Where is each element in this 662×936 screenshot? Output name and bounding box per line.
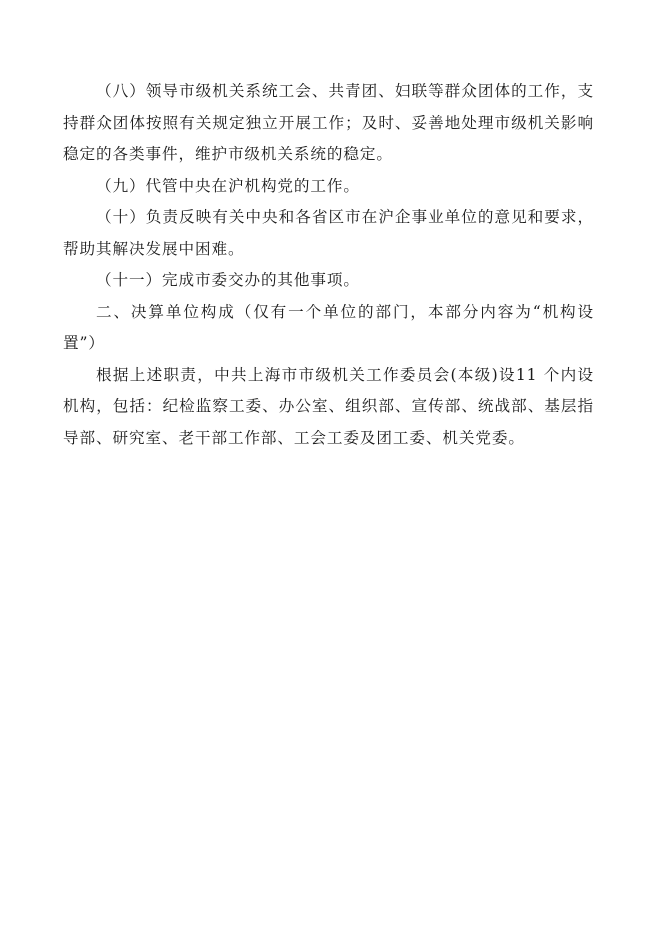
document-page: （八）领导市级机关系统工会、共青团、妇联等群众团体的工作，支持群众团体按照有关规… (63, 76, 594, 454)
paragraph-item-8: （八）领导市级机关系统工会、共青团、妇联等群众团体的工作，支持群众团体按照有关规… (63, 76, 594, 171)
paragraph-item-9: （九）代管中央在沪机构党的工作。 (63, 171, 594, 203)
section-heading-unit-composition: 二、决算单位构成（仅有一个单位的部门，本部分内容为“机构设置”） (63, 297, 594, 360)
paragraph-item-10: （十）负责反映有关中央和各省区市在沪企事业单位的意见和要求，帮助其解决发展中困难… (63, 202, 594, 265)
paragraph-item-11: （十一）完成市委交办的其他事项。 (63, 265, 594, 297)
paragraph-internal-institutions: 根据上述职责，中共上海市市级机关工作委员会(本级)设11 个内设机构，包括：纪检… (63, 360, 594, 455)
